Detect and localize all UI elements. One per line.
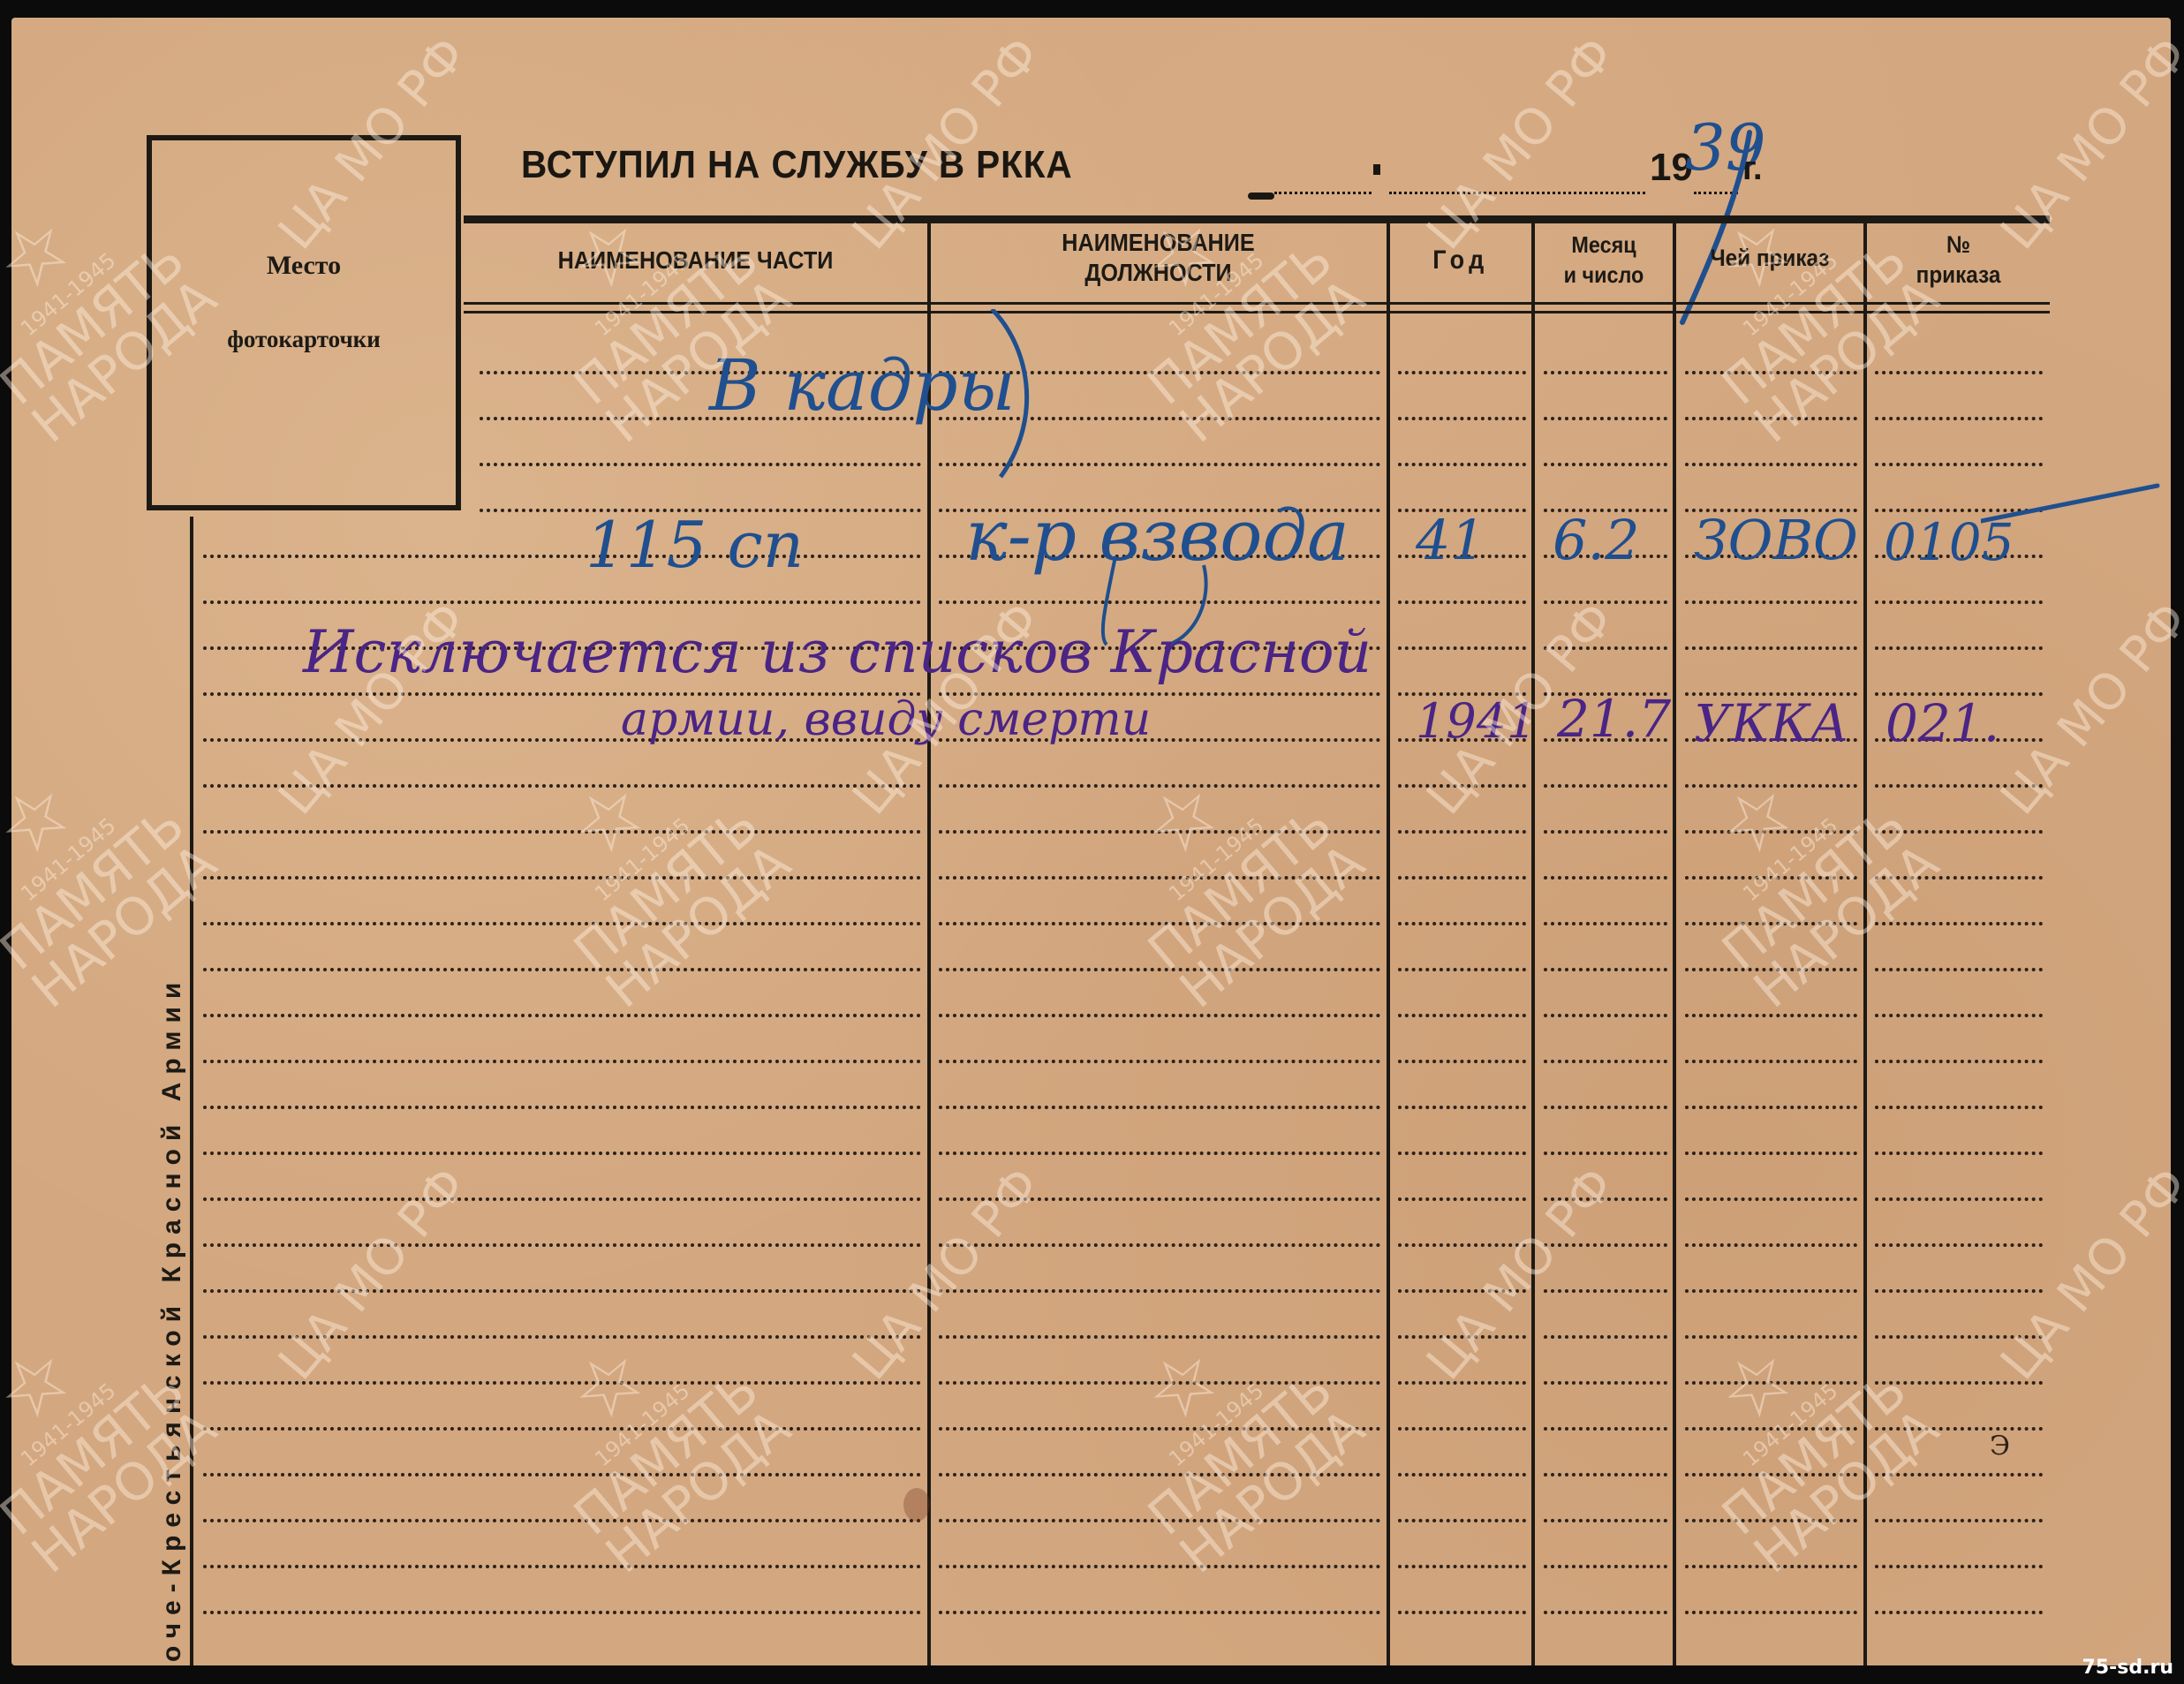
- dotted-row-line: [203, 600, 921, 604]
- dotted-row-line: [1544, 371, 1667, 374]
- entry-2-order-by: ЗОВО: [1694, 508, 1858, 572]
- star-icon: ☆: [1073, 1284, 1293, 1486]
- dotted-row-line: [1875, 1519, 2043, 1522]
- watermark-years: 1941-1945: [550, 1345, 735, 1505]
- dotted-row-line: [203, 1106, 921, 1109]
- watermark-years: 1941-1945: [1698, 1345, 1883, 1505]
- dotted-row-line: [1875, 1611, 2043, 1614]
- dotted-row-line: [939, 968, 1380, 971]
- star-icon: ☆: [499, 719, 719, 921]
- watermark-archive: ЦА МО РФ: [1416, 1157, 1625, 1391]
- dotted-row-line: [1875, 1060, 2043, 1063]
- watermark-years: 1941-1945: [550, 215, 735, 374]
- title-comma-mark: [1248, 193, 1274, 200]
- dotted-row-line: [1544, 1427, 1667, 1431]
- dotted-row-line: [1875, 1197, 2043, 1201]
- dotted-row-line: [203, 830, 921, 834]
- dotted-row-line: [1398, 1427, 1526, 1431]
- dotted-row-line: [1875, 1243, 2043, 1247]
- dotted-row-line: [1544, 1335, 1667, 1339]
- dotted-row-line: [1398, 463, 1526, 466]
- dotted-row-line: [1398, 1289, 1526, 1293]
- watermark-pamyat-naroda: ☆1941-1945ПАМЯТЬНАРОДА: [1073, 1284, 1372, 1581]
- dotted-row-line: [939, 784, 1380, 788]
- dotted-row-line: [1544, 1243, 1667, 1247]
- pen-stroke: [1981, 468, 2175, 539]
- watermark-line2: НАРОДА: [1746, 836, 1946, 1016]
- dotted-row-line: [1685, 1152, 1857, 1155]
- dotted-row-line: [1875, 1014, 2043, 1017]
- dotted-row-line: [1398, 1060, 1526, 1063]
- dotted-row-line: [1685, 1060, 1857, 1063]
- day-blank-line: [1274, 192, 1372, 194]
- dotted-row-line: [1398, 1197, 1526, 1201]
- dotted-row-line: [1544, 417, 1667, 420]
- watermark-line1: ПАМЯТЬ: [1140, 798, 1341, 978]
- dotted-row-line: [203, 555, 921, 558]
- dotted-row-line: [939, 1243, 1380, 1247]
- dotted-row-line: [1685, 1289, 1857, 1293]
- dotted-row-line: [1398, 830, 1526, 834]
- dotted-row-line: [1685, 417, 1857, 420]
- dotted-row-line: [1544, 1152, 1667, 1155]
- watermark-line1: ПАМЯТЬ: [1714, 1363, 1915, 1543]
- ink-stain: [903, 1488, 930, 1522]
- watermark-line1: ПАМЯТЬ: [1714, 798, 1915, 978]
- dotted-row-line: [1685, 830, 1857, 834]
- entry-3-order-by: УККА: [1694, 693, 1849, 753]
- dotted-row-line: [1398, 876, 1526, 880]
- dotted-row-line: [1544, 1565, 1667, 1568]
- dotted-row-line: [203, 1197, 921, 1201]
- dotted-row-line: [939, 1060, 1380, 1063]
- watermark-line2: НАРОДА: [598, 836, 798, 1016]
- side-caption: оче-Крестьянской Красной Армии: [157, 975, 187, 1662]
- dotted-row-line: [203, 1243, 921, 1247]
- dotted-row-line: [1875, 968, 2043, 971]
- column-divider: [1863, 223, 1867, 1665]
- dotted-row-line: [1544, 1381, 1667, 1385]
- watermark-pamyat-naroda: ☆1941-1945ПАМЯТЬНАРОДА: [1647, 1284, 1946, 1581]
- dotted-row-line: [1875, 784, 2043, 788]
- dotted-row-line: [1875, 922, 2043, 925]
- dotted-row-line: [1875, 1289, 2043, 1293]
- dotted-row-line: [939, 830, 1380, 834]
- dotted-row-line: [1875, 646, 2043, 650]
- entry-2-month-day: 6.2: [1553, 508, 1640, 572]
- watermark-archive: ЦА МО РФ: [1416, 26, 1625, 261]
- dotted-row-line: [939, 876, 1380, 880]
- dotted-row-line: [1685, 371, 1857, 374]
- dotted-row-line: [1398, 1611, 1526, 1614]
- dotted-row-line: [1685, 1014, 1857, 1017]
- dotted-row-line: [203, 1152, 921, 1155]
- dotted-row-line: [1544, 600, 1667, 604]
- dotted-row-line: [1398, 784, 1526, 788]
- dotted-row-line: [1544, 830, 1667, 834]
- column-divider: [1387, 223, 1390, 1665]
- dotted-row-line: [203, 1060, 921, 1063]
- dotted-row-line: [1398, 1519, 1526, 1522]
- watermark-years: 1941-1945: [1124, 780, 1309, 940]
- header-rule-2: [464, 311, 2050, 313]
- watermark-years: 1941-1945: [1698, 780, 1883, 940]
- dotted-row-line: [1875, 463, 2043, 466]
- watermark-line2: НАРОДА: [24, 836, 224, 1016]
- watermark-years: 1941-1945: [0, 780, 161, 940]
- header-rule-1: [464, 302, 2050, 305]
- dotted-row-line: [203, 1611, 921, 1614]
- dotted-row-line: [1398, 1565, 1526, 1568]
- dotted-row-line: [203, 1519, 921, 1522]
- watermark-line1: ПАМЯТЬ: [0, 798, 193, 978]
- dotted-row-line: [1544, 1014, 1667, 1017]
- dotted-row-line: [1875, 1565, 2043, 1568]
- column-header-month-day: Месяц и число: [1542, 230, 1666, 290]
- title-label: ВСТУПИЛ НА СЛУЖБУ В РККА: [521, 143, 1073, 186]
- quote-mark: [1373, 164, 1380, 175]
- dotted-row-line: [1875, 371, 2043, 374]
- dotted-row-line: [939, 1427, 1380, 1431]
- dotted-row-line: [1544, 784, 1667, 788]
- dotted-row-line: [1398, 600, 1526, 604]
- dotted-row-line: [1544, 646, 1667, 650]
- dotted-row-line: [1398, 371, 1526, 374]
- dotted-row-line: [1685, 1519, 1857, 1522]
- dotted-row-line: [203, 1335, 921, 1339]
- star-icon: ☆: [1647, 1284, 1867, 1486]
- dotted-row-line: [203, 968, 921, 971]
- dotted-row-line: [1398, 922, 1526, 925]
- dotted-row-line: [939, 1381, 1380, 1385]
- dotted-row-line: [203, 1289, 921, 1293]
- watermark-years: 1941-1945: [1124, 1345, 1309, 1505]
- dotted-row-line: [1544, 876, 1667, 880]
- dotted-row-line: [939, 1473, 1380, 1476]
- dotted-row-line: [1875, 1427, 2043, 1431]
- dotted-row-line: [939, 1611, 1380, 1614]
- stray-mark: Э: [1990, 1431, 2010, 1461]
- dotted-row-line: [1398, 1106, 1526, 1109]
- dotted-row-line: [1398, 646, 1526, 650]
- dotted-row-line: [203, 1427, 921, 1431]
- dotted-row-line: [1398, 968, 1526, 971]
- watermark-years: 1941-1945: [550, 780, 735, 940]
- dotted-row-line: [1544, 968, 1667, 971]
- entry-3-unit: Исключается из списков Красной: [303, 618, 1372, 686]
- dotted-row-line: [1875, 1335, 2043, 1339]
- dotted-row-line: [939, 1152, 1380, 1155]
- dotted-row-line: [1398, 1014, 1526, 1017]
- dotted-row-line: [1875, 876, 2043, 880]
- dotted-row-line: [203, 1014, 921, 1017]
- dotted-row-line: [1685, 1565, 1857, 1568]
- dotted-row-line: [203, 1565, 921, 1568]
- dotted-row-line: [1685, 1611, 1857, 1614]
- star-icon: ☆: [0, 154, 145, 356]
- dotted-row-line: [1875, 417, 2043, 420]
- dotted-row-line: [203, 1381, 921, 1385]
- dotted-row-line: [1544, 1197, 1667, 1201]
- dotted-row-line: [939, 1197, 1380, 1201]
- entry-2-year: 41: [1416, 508, 1485, 572]
- dotted-row-line: [1685, 1335, 1857, 1339]
- watermark-archive: ЦА МО РФ: [1990, 1157, 2184, 1391]
- dotted-row-line: [1685, 1427, 1857, 1431]
- dotted-row-line: [1398, 1243, 1526, 1247]
- dotted-row-line: [1875, 1381, 2043, 1385]
- dotted-row-line: [939, 1519, 1380, 1522]
- watermark-line1: ПАМЯТЬ: [1140, 1363, 1341, 1543]
- dotted-row-line: [203, 784, 921, 788]
- dotted-row-line: [203, 922, 921, 925]
- dotted-row-line: [1685, 600, 1857, 604]
- entry-3-order-no: 021.: [1885, 693, 1999, 753]
- dotted-row-line: [1685, 1473, 1857, 1476]
- entry-3-month-day: 21.7: [1557, 689, 1671, 749]
- dotted-row-line: [1685, 1197, 1857, 1201]
- column-header-position: НАИМЕНОВАНИЕ ДОЛЖНОСТИ: [953, 228, 1364, 288]
- dotted-row-line: [1685, 922, 1857, 925]
- watermark-line1: ПАМЯТЬ: [566, 1363, 767, 1543]
- dotted-row-line: [939, 922, 1380, 925]
- dotted-row-line: [1685, 784, 1857, 788]
- photo-label-line2: фотокарточки: [152, 326, 456, 353]
- dotted-row-line: [1398, 1381, 1526, 1385]
- dotted-row-line: [1398, 1152, 1526, 1155]
- star-icon: ☆: [1073, 719, 1293, 921]
- watermark-years: 1941-1945: [0, 215, 161, 374]
- dotted-row-line: [1875, 1106, 2043, 1109]
- dotted-row-line: [1544, 1519, 1667, 1522]
- dotted-row-line: [1544, 922, 1667, 925]
- dotted-row-line: [1544, 1473, 1667, 1476]
- column-header-unit: НАИМЕНОВАНИЕ ЧАСТИ: [487, 245, 904, 276]
- watermark-archive: ЦА МО РФ: [1990, 26, 2184, 261]
- dotted-row-line: [203, 1473, 921, 1476]
- entry-2-unit: 115 сп: [586, 508, 804, 582]
- column-header-order-no: № приказа: [1876, 230, 2040, 290]
- dotted-row-line: [1544, 1106, 1667, 1109]
- watermark-line2: НАРОДА: [24, 1401, 224, 1581]
- dotted-row-line: [939, 1106, 1380, 1109]
- watermark-line2: НАРОДА: [1172, 271, 1372, 450]
- entry-3-year: 1941: [1416, 693, 1537, 749]
- dotted-row-line: [1875, 1473, 2043, 1476]
- dotted-row-line: [1398, 1473, 1526, 1476]
- dotted-row-line: [480, 463, 921, 466]
- dotted-row-line: [203, 876, 921, 880]
- watermark-years: 1941-1945: [0, 1345, 161, 1505]
- dotted-row-line: [1685, 463, 1857, 466]
- watermark-archive: ЦА МО РФ: [268, 1157, 477, 1391]
- star-icon: ☆: [499, 1284, 719, 1486]
- dotted-row-line: [1685, 876, 1857, 880]
- column-header-year: Год: [1397, 245, 1524, 276]
- dotted-row-line: [1875, 1152, 2043, 1155]
- source-tag: 75-sd.ru: [2082, 1657, 2173, 1679]
- dotted-row-line: [1685, 646, 1857, 650]
- dotted-row-line: [1685, 1106, 1857, 1109]
- pen-stroke: [965, 309, 1071, 503]
- entry-3-unit-line2: армии, ввиду смерти: [621, 693, 1151, 746]
- watermark-pamyat-naroda: ☆1941-1945ПАМЯТЬНАРОДА: [499, 1284, 798, 1581]
- column-divider: [1673, 223, 1676, 1665]
- dotted-row-line: [939, 1335, 1380, 1339]
- dotted-row-line: [1685, 1243, 1857, 1247]
- dotted-row-line: [1685, 1381, 1857, 1385]
- dotted-row-line: [1544, 1060, 1667, 1063]
- left-margin-rule: [190, 517, 193, 1665]
- dotted-row-line: [939, 1565, 1380, 1568]
- photo-placeholder-box: Место фотокарточки: [147, 135, 461, 510]
- dotted-row-line: [1685, 968, 1857, 971]
- dotted-row-line: [1544, 1611, 1667, 1614]
- dotted-row-line: [1398, 1335, 1526, 1339]
- table-top-rule: [464, 215, 2050, 223]
- page-title: ВСТУПИЛ НА СЛУЖБУ В РККА: [521, 143, 1073, 187]
- watermark-archive: ЦА МО РФ: [1990, 592, 2184, 826]
- month-blank-line: [1389, 192, 1645, 194]
- service-record-card: Место фотокарточки ВСТУПИЛ НА СЛУЖБУ В Р…: [11, 18, 2171, 1665]
- dotted-row-line: [1398, 417, 1526, 420]
- watermark-archive: ЦА МО РФ: [842, 1157, 1051, 1391]
- column-divider: [1531, 223, 1535, 1665]
- star-icon: ☆: [0, 719, 145, 921]
- column-header-order-by: Чей приказ: [1686, 243, 1855, 273]
- star-icon: ☆: [0, 1284, 145, 1486]
- dotted-row-line: [1875, 830, 2043, 834]
- dotted-row-line: [1544, 1289, 1667, 1293]
- photo-label-line1: Место: [152, 251, 456, 281]
- dotted-row-line: [1544, 463, 1667, 466]
- dotted-row-line: [1875, 600, 2043, 604]
- watermark-line1: ПАМЯТЬ: [566, 798, 767, 978]
- dotted-row-line: [939, 1289, 1380, 1293]
- column-divider: [927, 223, 931, 1665]
- watermark-line2: НАРОДА: [1172, 836, 1372, 1016]
- dotted-row-line: [939, 1014, 1380, 1017]
